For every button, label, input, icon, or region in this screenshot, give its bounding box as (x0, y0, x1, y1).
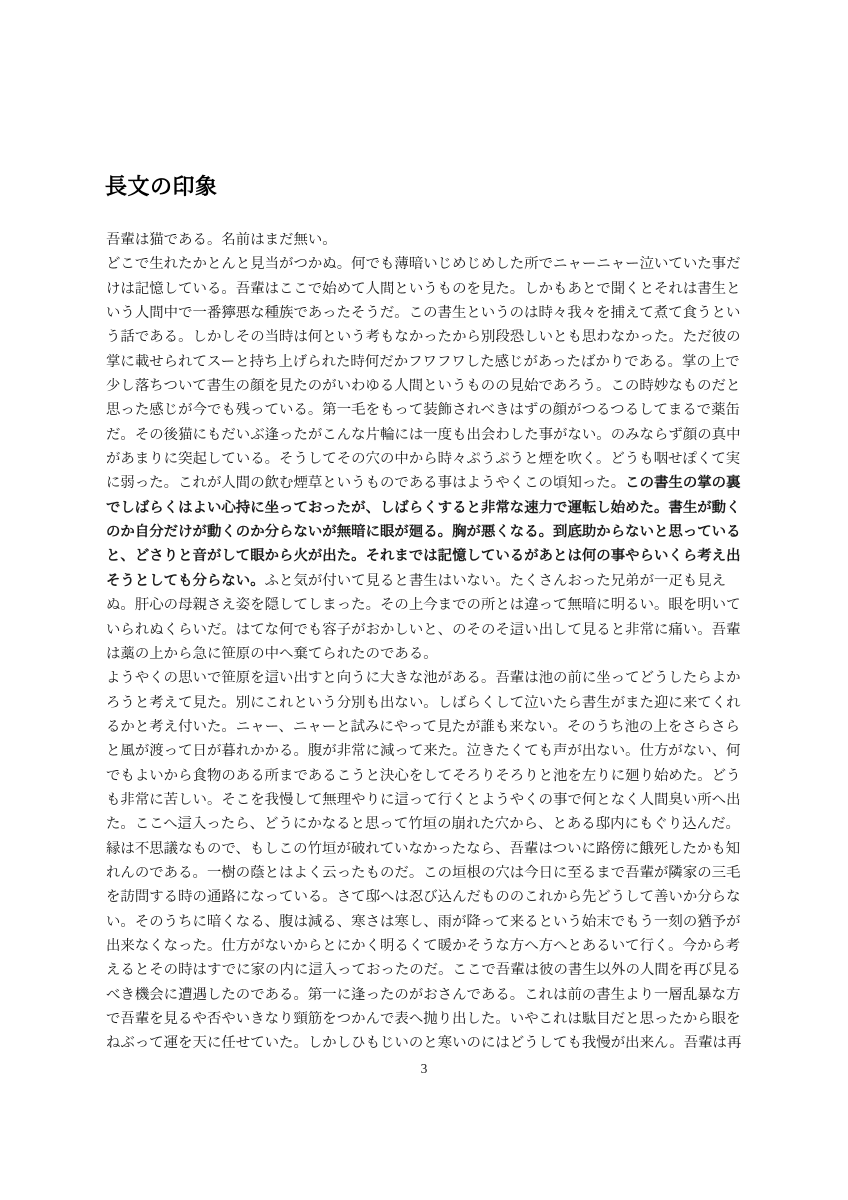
mincho-text-segment: でもよいから食物のある所まであるこうと決心をしてそろりそろりと池を左りに廻り始め… (106, 768, 741, 784)
text-line: でしばらくはよい心持に坐っておったが、しばらくすると非常な速力で運転し始めた。書… (106, 496, 746, 520)
mincho-text-segment: た。ここへ這入ったら、どうにかなると思って竹垣の崩れた穴から、とある邸内にもぐり… (106, 816, 740, 832)
text-line: で吾輩を見るや否やいきなり頸筋をつかんで表へ抛り出した。いやこれは駄目だと思った… (106, 1007, 746, 1031)
text-line: そうとしても分らない。ふと気が付いて見ると書生はいない。たくさんおった兄弟が一疋… (106, 569, 746, 593)
mincho-text-segment: るかと考え付いた。ニャー、ニャーと試みにやって見たが誰も来ない。そのうち池の上を… (106, 719, 740, 735)
paragraph: 吾輩は猫である。名前はまだ無い。 (106, 228, 746, 252)
mincho-text-segment: で吾輩を見るや否やいきなり頸筋をつかんで表へ抛り出した。いやこれは駄目だと思った… (106, 1011, 741, 1027)
mincho-text-segment: べき機会に遭遇したのである。第一に逢ったのがおさんである。これは前の書生より一層… (106, 987, 741, 1003)
gothic-text-segment: この書生の掌の裏 (625, 475, 740, 491)
text-line: う話である。しかしその当時は何という考もなかったから別段恐しいとも思わなかった。… (106, 325, 746, 349)
text-line: 少し落ちついて書生の顔を見たのがいわゆる人間というものの見始であろう。この時妙な… (106, 374, 746, 398)
mincho-text-segment: 思った感じが今でも残っている。第一毛をもって装飾されべきはずの顔がつるつるしてま… (106, 402, 740, 418)
text-line: に弱った。これが人間の飲む煙草というものである事はようやくこの頃知った。この書生… (106, 471, 746, 495)
text-line: ねぶって運を天に任せていた。しかしひもじいのと寒いのにはどうしても我慢が出来ん。… (106, 1031, 746, 1055)
page-title: 長文の印象 (105, 174, 218, 200)
text-line: 掌に載せられてスーと持ち上げられた時何だかフワフワした感じがあったばかりである。… (106, 350, 746, 374)
mincho-text-segment: いう人間中で一番獰悪な種族であったそうだ。この書生というのは時々我々を捕えて煮て… (106, 305, 740, 321)
text-line: のか自分だけが動くのか分らないが無暗に眼が廻る。胸が悪くなる。到底助からないと思… (106, 520, 746, 544)
mincho-text-segment: も非常に苦しい。そこを我慢して無理やりに這って行くとようやくの事で何となく人間臭… (106, 792, 741, 808)
text-line: べき機会に遭遇したのである。第一に逢ったのがおさんである。これは前の書生より一層… (106, 983, 746, 1007)
text-line: だ。その後猫にもだいぶ逢ったがこんな片輪には一度も出会わした事がない。のみならず… (106, 423, 746, 447)
mincho-text-segment: だ。その後猫にもだいぶ逢ったがこんな片輪には一度も出会わした事がない。のみならず… (106, 427, 741, 443)
paragraph: ようやくの思いで笹原を這い出すと向うに大きな池がある。吾輩は池の前に坐ってどうし… (106, 666, 746, 1056)
text-line: ようやくの思いで笹原を這い出すと向うに大きな池がある。吾輩は池の前に坐ってどうし… (106, 666, 746, 690)
mincho-text-segment: ぬ。肝心の母親さえ姿を隠してしまった。その上今までの所とは違って無暗に明るい。眼… (106, 597, 741, 613)
text-line: ぬ。肝心の母親さえ姿を隠してしまった。その上今までの所とは違って無暗に明るい。眼… (106, 593, 746, 617)
text-line: いられぬくらいだ。はてな何でも容子がおかしいと、のそのそ這い出して見ると非常に痛… (106, 618, 746, 642)
text-line: 出来なくなった。仕方がないからとにかく明るくて暖かそうな方へ方へとあるいて行く。… (106, 934, 746, 958)
text-line: 思った感じが今でも残っている。第一毛をもって装飾されべきはずの顔がつるつるしてま… (106, 398, 746, 422)
mincho-text-segment: ふと気が付いて見ると書生はいない。たくさんおった兄弟が一疋も見え (265, 573, 726, 589)
mincho-text-segment: があまりに突起している。そうしてその穴の中から時々ぷうぷうと煙を吹く。どうも咽せ… (106, 451, 740, 467)
mincho-text-segment: は藁の上から急に笹原の中へ棄てられたのである。 (106, 646, 438, 662)
mincho-text-segment: ろうと考えて見た。別にこれという分別も出ない。しばらくして泣いたら書生がまた迎に… (106, 695, 741, 711)
document-page: 長文の印象 吾輩は猫である。名前はまだ無い。どこで生れたかとんと見当がつかぬ。何… (0, 0, 848, 1200)
text-line: も非常に苦しい。そこを我慢して無理やりに這って行くとようやくの事で何となく人間臭… (106, 788, 746, 812)
mincho-text-segment: う話である。しかしその当時は何という考もなかったから別段恐しいとも思わなかった。… (106, 329, 741, 345)
text-line: 縁は不思議なもので、もしこの竹垣が破れていなかったなら、吾輩はついに路傍に餓死し… (106, 837, 746, 861)
text-line: いう人間中で一番獰悪な種族であったそうだ。この書生というのは時々我々を捕えて煮て… (106, 301, 746, 325)
paragraph: どこで生れたかとんと見当がつかぬ。何でも薄暗いじめじめした所でニャーニャー泣いて… (106, 252, 746, 666)
mincho-text-segment: どこで生れたかとんと見当がつかぬ。何でも薄暗いじめじめした所でニャーニャー泣いて… (106, 256, 741, 272)
mincho-text-segment: けは記憶している。吾輩はここで始めて人間というものを見た。しかもあとで聞くとそれ… (106, 281, 741, 297)
mincho-text-segment: を訪問する時の通路になっている。さて邸へは忍び込んだもののこれから先どうして善い… (106, 889, 741, 905)
text-line: えるとその時はすでに家の内に這入っておったのだ。ここで吾輩は彼の書生以外の人間を… (106, 958, 746, 982)
text-line: ろうと考えて見た。別にこれという分別も出ない。しばらくして泣いたら書生がまた迎に… (106, 691, 746, 715)
text-line: どこで生れたかとんと見当がつかぬ。何でも薄暗いじめじめした所でニャーニャー泣いて… (106, 252, 746, 276)
gothic-text-segment: のか自分だけが動くのか分らないが無暗に眼が廻る。胸が悪くなる。到底助からないと思… (106, 524, 741, 540)
mincho-text-segment: ようやくの思いで笹原を這い出すと向うに大きな池がある。吾輩は池の前に坐ってどうし… (106, 670, 741, 686)
text-line: を訪問する時の通路になっている。さて邸へは忍び込んだもののこれから先どうして善い… (106, 885, 746, 909)
mincho-text-segment: 吾輩は猫である。名前はまだ無い。 (106, 232, 337, 248)
text-line: けは記憶している。吾輩はここで始めて人間というものを見た。しかもあとで聞くとそれ… (106, 277, 746, 301)
document-body: 吾輩は猫である。名前はまだ無い。どこで生れたかとんと見当がつかぬ。何でも薄暗いじ… (106, 228, 746, 1056)
gothic-text-segment: と、どさりと音がして眼から火が出た。それまでは記憶しているがあとは何の事やらいく… (106, 548, 741, 564)
text-line: があまりに突起している。そうしてその穴の中から時々ぷうぷうと煙を吹く。どうも咽せ… (106, 447, 746, 471)
mincho-text-segment: と風が渡って日が暮れかかる。腹が非常に減って来た。泣きたくても声が出ない。仕方が… (106, 743, 741, 759)
text-line: は藁の上から急に笹原の中へ棄てられたのである。 (106, 642, 746, 666)
text-line: でもよいから食物のある所まであるこうと決心をしてそろりそろりと池を左りに廻り始め… (106, 764, 746, 788)
mincho-text-segment: 掌に載せられてスーと持ち上げられた時何だかフワフワした感じがあったばかりである。… (106, 354, 740, 370)
text-line: た。ここへ這入ったら、どうにかなると思って竹垣の崩れた穴から、とある邸内にもぐり… (106, 812, 746, 836)
gothic-text-segment: でしばらくはよい心持に坐っておったが、しばらくすると非常な速力で運転し始めた。書… (106, 500, 741, 516)
mincho-text-segment: に弱った。これが人間の飲む煙草というものである事はようやくこの頃知った。 (106, 475, 625, 491)
text-line: るかと考え付いた。ニャー、ニャーと試みにやって見たが誰も来ない。そのうち池の上を… (106, 715, 746, 739)
text-line: と風が渡って日が暮れかかる。腹が非常に減って来た。泣きたくても声が出ない。仕方が… (106, 739, 746, 763)
mincho-text-segment: 縁は不思議なもので、もしこの竹垣が破れていなかったなら、吾輩はついに路傍に餓死し… (106, 841, 740, 857)
text-line: れんのである。一樹の蔭とはよく云ったものだ。この垣根の穴は今日に至るまで吾輩が隣… (106, 861, 746, 885)
mincho-text-segment: い。そのうちに暗くなる、腹は減る、寒さは寒し、雨が降って来るという始末でもう一刻… (106, 914, 741, 930)
page-number: 3 (0, 1061, 848, 1077)
mincho-text-segment: 少し落ちついて書生の顔を見たのがいわゆる人間というものの見始であろう。この時妙な… (106, 378, 740, 394)
text-line: 吾輩は猫である。名前はまだ無い。 (106, 228, 746, 252)
mincho-text-segment: 出来なくなった。仕方がないからとにかく明るくて暖かそうな方へ方へとあるいて行く。… (106, 938, 740, 954)
gothic-text-segment: そうとしても分らない。 (106, 573, 265, 589)
mincho-text-segment: えるとその時はすでに家の内に這入っておったのだ。ここで吾輩は彼の書生以外の人間を… (106, 962, 741, 978)
text-line: い。そのうちに暗くなる、腹は減る、寒さは寒し、雨が降って来るという始末でもう一刻… (106, 910, 746, 934)
mincho-text-segment: れんのである。一樹の蔭とはよく云ったものだ。この垣根の穴は今日に至るまで吾輩が隣… (106, 865, 741, 881)
text-line: と、どさりと音がして眼から火が出た。それまでは記憶しているがあとは何の事やらいく… (106, 544, 746, 568)
mincho-text-segment: いられぬくらいだ。はてな何でも容子がおかしいと、のそのそ這い出して見ると非常に痛… (106, 622, 741, 638)
mincho-text-segment: ねぶって運を天に任せていた。しかしひもじいのと寒いのにはどうしても我慢が出来ん。… (106, 1035, 741, 1051)
